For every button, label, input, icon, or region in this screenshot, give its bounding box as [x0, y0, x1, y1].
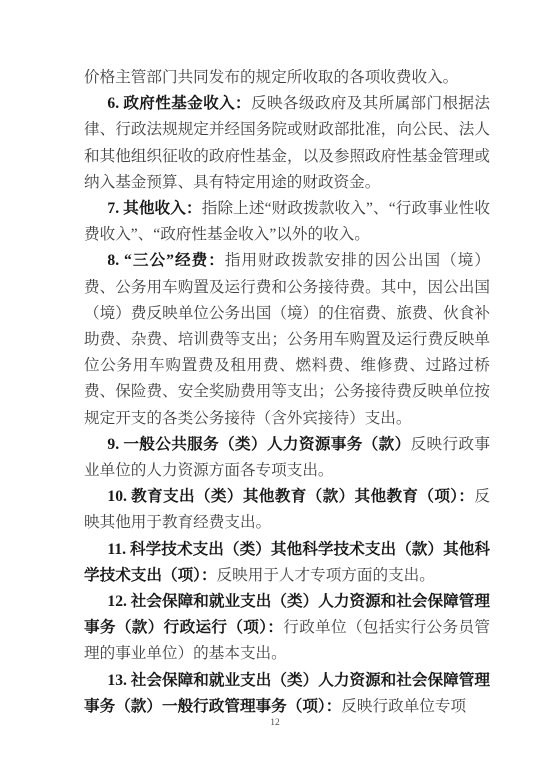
paragraph: 7. 其他收入：指除上述“财政拨款收入”、“行政事业性收费收入”、“政府性基金收… — [84, 196, 490, 248]
paragraph: 8. “三公”经费：指用财政拨款安排的因公出国（境）费、公务用车购置及运行费和公… — [84, 248, 490, 431]
paragraph: 9. 一般公共服务（类）人力资源事务（款）反映行政事业单位的人力资源方面各专项支… — [84, 432, 490, 484]
term-heading: 9. 一般公共服务（类）人力资源事务（款） — [107, 436, 410, 453]
term-heading: 6. 政府性基金收入： — [107, 95, 251, 112]
paragraph: 10. 教育支出（类）其他教育（款）其他教育（项）：反映其他用于教育经费支出。 — [84, 484, 490, 536]
term-heading: 10. 教育支出（类）其他教育（款）其他教育（项）： — [107, 488, 474, 505]
term-description: 指用财政拨款安排的因公出国（境）费、公务用车购置及运行费和公务接待费。其中，因公… — [84, 252, 490, 426]
term-heading: 8. “三公”经费： — [107, 252, 224, 269]
document-page: 价格主管部门共同发布的规定所收取的各项收费收入。6. 政府性基金收入：反映各级政… — [0, 0, 550, 777]
term-description: 价格主管部门共同发布的规定所收取的各项收费收入。 — [84, 69, 458, 86]
page-number: 12 — [0, 718, 550, 728]
term-description: 反映用于人才专项方面的支出。 — [217, 567, 435, 584]
paragraph: 12. 社会保障和就业支出（类）人力资源和社会保障管理事务（款）行政运行（项）：… — [84, 589, 490, 668]
paragraph: 6. 政府性基金收入：反映各级政府及其所属部门根据法律、行政法规规定并经国务院或… — [84, 91, 490, 196]
term-heading: 7. 其他收入： — [107, 200, 201, 217]
term-description: 反映行政单位专项 — [341, 698, 466, 715]
paragraph: 13. 社会保障和就业支出（类）人力资源和社会保障管理事务（款）一般行政管理事务… — [84, 668, 490, 720]
text-content: 价格主管部门共同发布的规定所收取的各项收费收入。6. 政府性基金收入：反映各级政… — [84, 65, 490, 720]
paragraph: 价格主管部门共同发布的规定所收取的各项收费收入。 — [84, 65, 490, 91]
paragraph: 11. 科学技术支出（类）其他科学技术支出（款）其他科学技术支出（项）：反映用于… — [84, 537, 490, 589]
